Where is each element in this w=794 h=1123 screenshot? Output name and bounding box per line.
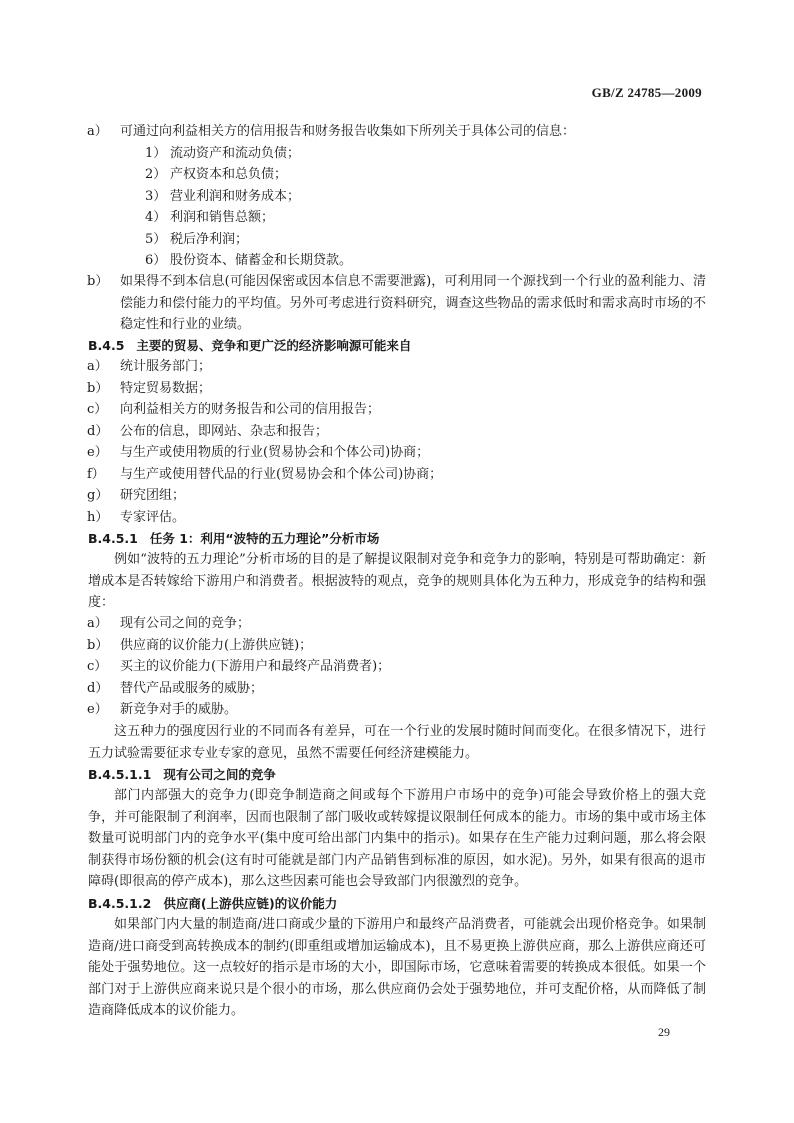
section-title: 主要的贸易、竞争和更广泛的经济影响源可能来自 [136,338,411,353]
body-paragraph: 部门内部强大的竞争力(即竞争制造商之间或每个下游用户市场中的竞争)可能会导致价格… [88,785,706,893]
list-item: g）研究团组； [120,486,185,506]
list-text: 可通过向利益相关方的信用报告和财务报告收集如下所列关于具体公司的信息： [120,124,575,139]
list-text: 如果得不到本信息(可能因保密或因本信息不需要泄露)，可利用同一个源找到一个行业的… [120,274,706,332]
sub-list-item: 2）产权资本和总负债； [145,165,287,185]
section-heading: B.4.5.1.1现有公司之间的竞争 [88,765,276,785]
list-item: f）与生产或使用替代品的行业(贸易协会和个体公司)协商； [120,465,442,485]
section-number: B.4.5.1.2 [88,894,151,914]
section-heading: B.4.5.1任务 1：利用“波特的五力理论”分析市场 [88,529,379,549]
section-heading: B.4.5.1.2供应商(上游供应链)的议价能力 [88,894,337,914]
body-paragraph: 例如“波特的五力理论”分析市场的目的是了解提议限制对竞争和竞争力的影响，特别是可… [88,549,706,614]
section-number: B.4.5.1.1 [88,765,151,785]
standard-code-header: GB/Z 24785—2009 [592,85,702,101]
list-item: e）与生产或使用物质的行业(贸易协会和个体公司)协商； [120,443,429,463]
list-label: b） [87,271,120,293]
list-item: c）向利益相关方的财务报告和公司的信用报告； [120,400,380,420]
list-item: a）统计服务部门； [120,357,211,377]
list-item-hanging: b） 如果得不到本信息(可能因保密或因本信息不需要泄露)，可利用同一个源找到一个… [120,271,706,336]
list-item: b）供应商的议价能力(上游供应链)； [120,636,312,656]
sub-list-item: 3）营业利润和财务成本； [145,187,300,207]
sub-list-item: 1）流动资产和流动负债； [145,144,300,164]
section-heading: B.4.5主要的贸易、竞争和更广泛的经济影响源可能来自 [88,336,411,356]
list-item: d）公布的信息，即网站、杂志和报告； [120,422,328,442]
list-item: d）替代产品或服务的威胁； [120,679,263,699]
list-label: a） [87,122,120,142]
sub-list-item: 4）利润和销售总额； [145,208,274,228]
page-number: 29 [658,1025,670,1040]
section-title: 任务 1：利用“波特的五力理论”分析市场 [150,531,379,546]
list-item: a） 可通过向利益相关方的信用报告和财务报告收集如下所列关于具体公司的信息： [120,122,575,142]
section-number: B.4.5.1 [88,529,138,549]
body-paragraph: 这五种力的强度因行业的不同而各有差异，可在一个行业的发展时随时间而变化。在很多情… [88,721,706,764]
list-item: a）现有公司之间的竞争； [120,614,250,634]
sub-list-item: 6）股份资本、储蓄金和长期贷款。 [145,251,352,271]
body-paragraph: 如果部门内大量的制造商/进口商或少量的下游用户和最终产品消费者，可能就会出现价格… [88,914,706,1022]
list-item: c）买主的议价能力(下游用户和最终产品消费者)； [120,657,390,677]
sub-list-item: 5）税后净利润； [145,230,248,250]
section-title: 供应商(上游供应链)的议价能力 [163,896,337,911]
section-title: 现有公司之间的竞争 [163,767,276,782]
list-item: e）新竞争对手的威胁。 [120,700,237,720]
list-item: b）特定贸易数据； [120,379,211,399]
section-number: B.4.5 [88,336,124,356]
list-item: h）专家评估。 [120,508,185,528]
